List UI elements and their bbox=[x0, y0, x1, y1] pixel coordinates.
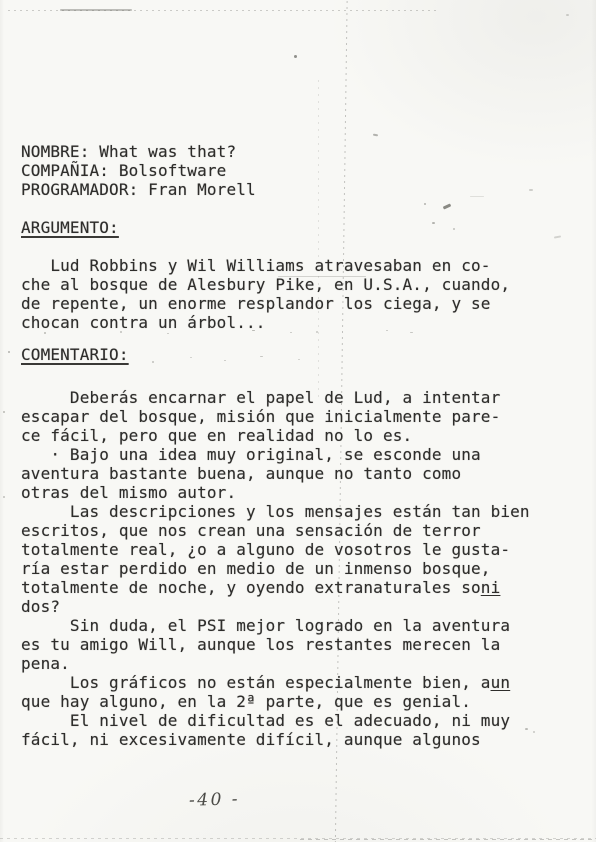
text-line: Sin duda, el PSI mejor logrado en la ave… bbox=[21, 616, 530, 635]
header-block: NOMBRE: What was that?COMPAÑIA: Bolsoftw… bbox=[21, 142, 256, 199]
scan-speck bbox=[470, 196, 484, 197]
scan-speck bbox=[453, 228, 455, 230]
scan-artifact-top-dash bbox=[60, 9, 132, 11]
scan-speck bbox=[152, 361, 154, 363]
scan-artifact-bottom-dotted-line bbox=[300, 839, 596, 840]
scan-artifact-secondary-fold-line bbox=[318, 80, 319, 400]
text-line: otras del mismo autor. bbox=[21, 483, 530, 502]
text-line: totalmente real, ¿o a alguno de vosotros… bbox=[21, 540, 530, 559]
section-body-argumento: Lud Robbins y Wil Williams atravesaban e… bbox=[21, 256, 510, 332]
text-line: escritos, que nos crean una sensación de… bbox=[21, 521, 530, 540]
text-line: El nivel de dificultad es el adecuado, n… bbox=[21, 711, 530, 730]
text-line: de repente, un enorme resplandor los cie… bbox=[21, 294, 510, 313]
text-line: PROGRAMADOR: Fran Morell bbox=[21, 180, 256, 199]
scan-speck bbox=[566, 14, 569, 16]
text-line: fácil, ni excesivamente difícil, aunque … bbox=[21, 730, 530, 749]
text-line: dos? bbox=[21, 597, 530, 616]
text-line: ce fácil, pero que en realidad no lo es. bbox=[21, 426, 530, 445]
text-line: totalmente de noche, y oyendo extranatur… bbox=[21, 578, 530, 597]
section-heading-comentario: COMENTARIO: bbox=[21, 345, 129, 364]
text-line: NOMBRE: What was that? bbox=[21, 142, 256, 161]
text-line: chocan contra un árbol... bbox=[21, 313, 510, 332]
scan-speck bbox=[44, 332, 46, 334]
scan-speck bbox=[260, 356, 263, 357]
scan-speck bbox=[424, 203, 426, 205]
scan-speck bbox=[290, 332, 292, 333]
scan-speck bbox=[224, 360, 226, 361]
scan-speck bbox=[3, 411, 5, 413]
scan-speck bbox=[443, 203, 452, 209]
scan-speck bbox=[8, 351, 10, 353]
text-line: que hay alguno, en la 2ª parte, que es g… bbox=[21, 692, 530, 711]
scanned-document-page: NOMBRE: What was that?COMPAÑIA: Bolsoftw… bbox=[0, 0, 596, 842]
underlined-fragment: ni bbox=[481, 578, 501, 597]
text-line: che al bosque de Alesbury Pike, en U.S.A… bbox=[21, 275, 510, 294]
text-line: ría estar perdido en medio de un inmenso… bbox=[21, 559, 530, 578]
scan-speck bbox=[373, 134, 378, 137]
text-line: es tu amigo Will, aunque los restantes m… bbox=[21, 635, 530, 654]
section-body-comentario: Deberás encarnar el papel de Lud, a inte… bbox=[21, 388, 530, 749]
page-number: -40 - bbox=[189, 789, 241, 810]
scan-speck bbox=[529, 189, 533, 191]
text-line: escapar del bosque, misión que inicialme… bbox=[21, 407, 530, 426]
text-line: COMPAÑIA: Bolsoftware bbox=[21, 161, 256, 180]
section-heading-argumento: ARGUMENTO: bbox=[21, 218, 119, 237]
scan-speck bbox=[298, 359, 300, 360]
scan-speck bbox=[410, 332, 413, 333]
text-line: Las descripciones y los mensajes están t… bbox=[21, 502, 530, 521]
text-line: Deberás encarnar el papel de Lud, a inte… bbox=[21, 388, 530, 407]
scan-speck bbox=[167, 333, 169, 334]
text-line: Los gráficos no están especialmente bien… bbox=[21, 673, 530, 692]
scan-speck bbox=[554, 235, 561, 238]
scan-speck bbox=[432, 222, 435, 224]
underlined-fragment: un bbox=[491, 673, 511, 692]
text-line: Lud Robbins y Wil Williams atravesaban e… bbox=[21, 256, 510, 275]
scan-speck bbox=[533, 731, 535, 733]
scan-speck bbox=[3, 496, 5, 498]
text-line: pena. bbox=[21, 654, 530, 673]
text-line: · Bajo una idea muy original, se esconde… bbox=[21, 445, 530, 464]
scan-speck bbox=[294, 55, 297, 58]
text-line: aventura bastante buena, aunque no tanto… bbox=[21, 464, 530, 483]
scan-speck bbox=[190, 357, 192, 358]
